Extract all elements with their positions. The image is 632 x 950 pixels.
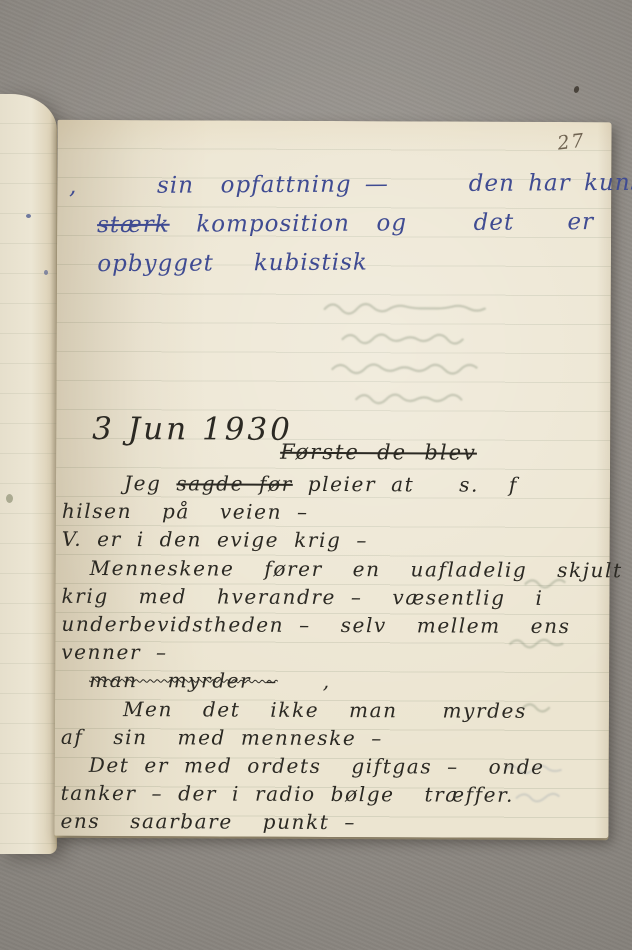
handwriting-text: ‚: [278, 669, 331, 693]
handwriting-text: Det er med ordets giftgas – onde: [89, 753, 545, 779]
photo-background: 27 ‚ sin opfattning — den har kunstneris…: [0, 0, 632, 950]
facing-page-edge: [0, 94, 57, 854]
handwritten-line: stærk komposition og det er: [69, 208, 632, 251]
dust-speck: [573, 85, 580, 93]
handwriting-text: opbygget kubistisk: [97, 249, 368, 277]
handwriting-text: Jeg: [124, 471, 177, 495]
handwriting-text: pleier at s. f: [293, 472, 518, 497]
page-number: 27: [556, 129, 587, 154]
ink-speck: [44, 270, 48, 275]
blue-ink-note: ‚ sin opfattning — den har kunstneriskst…: [69, 169, 632, 290]
handwritten-line: ens saarbare punkt –: [60, 809, 621, 840]
handwritten-line: af sin med menneske –: [61, 725, 622, 756]
handwriting-text: V. er i den evige krig –: [62, 527, 368, 552]
notebook-page: 27 ‚ sin opfattning — den har kunstneris…: [54, 120, 611, 838]
struck-text: sagde før: [176, 471, 292, 496]
handwritten-line: tanker – der i radio bølge træffer.: [61, 781, 622, 812]
handwritten-line: Jeg sagde før pleier at s. f: [62, 471, 623, 502]
ink-speck: [6, 494, 13, 503]
handwritten-line: krig med hverandre – væsentlig i: [61, 584, 622, 615]
handwriting-text: ens saarbare punkt –: [60, 809, 356, 834]
handwriting-text: komposition og det er: [170, 209, 595, 238]
date-strikeout: Første de blev: [280, 440, 477, 465]
struck-text: man myrder –: [89, 668, 278, 693]
handwritten-line: V. er i den evige krig –: [62, 527, 623, 558]
handwriting-text: Menneskene fører en uafladelig skjult: [90, 556, 623, 582]
handwriting-text: venner –: [61, 640, 168, 664]
handwritten-line: hilsen på veien –: [62, 499, 623, 530]
handwriting-text: tanker – der i radio bølge træffer.: [61, 781, 515, 807]
handwritten-line: Menneskene fører en uafladelig skjult: [62, 555, 623, 586]
entry-date: 3 Jun 1930: [92, 411, 293, 448]
struck-text: Første de blev: [280, 440, 477, 465]
handwritten-line: ‚ sin opfattning — den har kunstnerisk: [69, 169, 632, 212]
struck-text: stærk: [97, 212, 170, 238]
handwriting-text: krig med hverandre – væsentlig i: [61, 584, 543, 610]
handwritten-line: underbevidstheden – selv mellem ens: [61, 612, 622, 643]
handwritten-line: man myrder – ‚: [61, 668, 622, 699]
handwritten-line: venner –: [61, 640, 622, 671]
handwriting-text: af sin med menneske –: [61, 725, 383, 750]
handwriting-text: Men det ikke man myrdes: [123, 697, 527, 723]
handwritten-line: opbygget kubistisk: [69, 247, 632, 290]
handwriting-text: ‚ sin opfattning — den har kunstnerisk: [69, 169, 632, 199]
handwriting-text: underbevidstheden – selv mellem ens: [61, 612, 570, 638]
handwriting-text: hilsen på veien –: [62, 499, 309, 524]
handwritten-line: Men det ikke man myrdes: [61, 696, 622, 727]
ink-speck: [26, 214, 31, 218]
diary-entry: Jeg sagde før pleier at s. fhilsen på ve…: [60, 471, 623, 840]
handwritten-line: Det er med ordets giftgas – onde: [61, 753, 622, 784]
